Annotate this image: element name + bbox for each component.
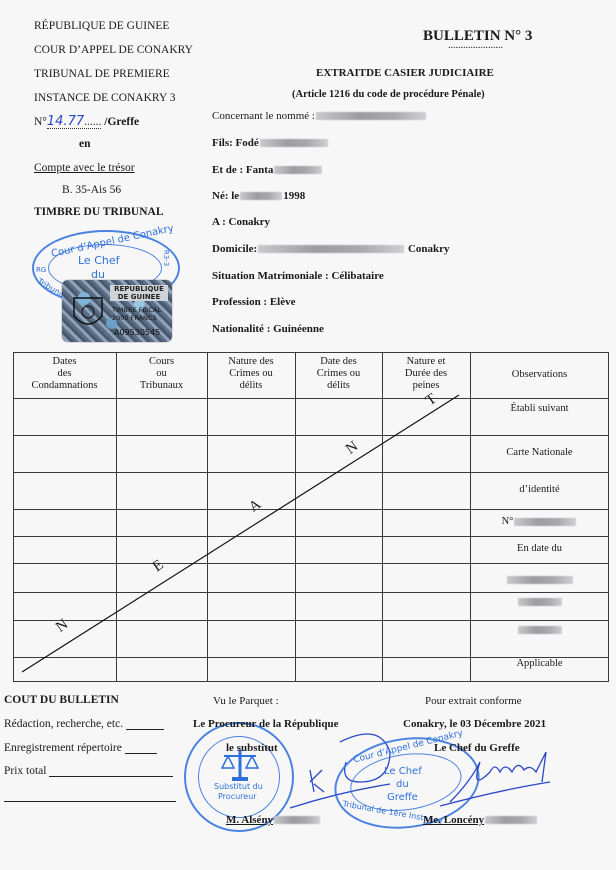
field-domicile: Domicile: Conakry — [212, 243, 450, 255]
redacted-birth-date — [240, 192, 282, 200]
cost-title: COUT DU BULLETIN — [4, 694, 119, 706]
cost-prix-total: Prix total — [4, 765, 173, 777]
neant-strike-line — [13, 352, 609, 682]
redacted-address — [258, 245, 404, 253]
tax-stamp-country: REPUBLIQUEDE GUINEE — [110, 285, 168, 301]
stamp-center-1: Le Chef — [78, 254, 120, 267]
header-instance: INSTANCE DE CONAKRY 3 — [34, 92, 175, 104]
compte-tresor: Compte avec le trésor — [34, 162, 135, 174]
cost-extra-line — [4, 801, 176, 802]
timbre-label: TIMBRE DU TRIBUNAL — [34, 206, 164, 218]
en-label: en — [79, 138, 91, 150]
registry-number: N°14.77...... /Greffe — [34, 114, 139, 129]
tax-stamp-value: 2000 FRANCS — [112, 314, 157, 322]
pour-extrait-conforme: Pour extrait conforme — [425, 695, 522, 707]
vu-parquet: Vu le Parquet : — [213, 695, 279, 707]
greffe-stamp-center-1: Le Chef — [384, 766, 422, 777]
cost-prix-blank — [49, 776, 173, 777]
header-cour-appel: COUR D’APPEL DE CONAKRY — [34, 44, 193, 56]
cost-enregistrement: Enregistrement répertoire — [4, 742, 157, 754]
bulletin-dots: ...................... — [448, 40, 503, 51]
cost-redaction-blank — [126, 729, 164, 730]
field-mere: Et de : Fanta — [212, 164, 323, 176]
field-concernant: Concernant le nommé : — [212, 110, 427, 122]
number-suffix: /Greffe — [104, 116, 139, 128]
header-republique: RÉPUBLIQUE DE GUINEE — [34, 20, 169, 32]
redacted-father-surname — [260, 139, 328, 147]
document-title: EXTRAITDE CASIER JUDICIAIRE — [316, 67, 494, 79]
parquet-stamp-center-1: Substitut du — [214, 782, 263, 791]
field-ne: Né: le1998 — [212, 190, 305, 202]
stamp-right-tag: R3-3 — [162, 250, 170, 266]
tax-stamp: REPUBLIQUEDE GUINEE TIMBRE FISCAL 2000 F… — [62, 280, 172, 342]
greffe-signature — [440, 742, 560, 812]
substitut-label: le substitut — [226, 742, 278, 754]
redacted-name — [316, 112, 426, 120]
tax-stamp-serial: A09530545 — [114, 328, 160, 337]
handwritten-number: 14.77 — [47, 114, 84, 129]
coat-of-arms-icon — [70, 294, 106, 334]
field-situation: Situation Matrimoniale : Célibataire — [212, 270, 384, 282]
field-fils: Fils: Fodé — [212, 137, 329, 149]
document-subtitle: (Article 1216 du code de procédure Pénal… — [292, 89, 485, 100]
cost-enregistrement-blank — [125, 753, 157, 754]
field-nationalite: Nationalité : Guinéenne — [212, 323, 324, 335]
stamp-left-tag: RG — [36, 266, 46, 274]
cost-redaction: Rédaction, recherche, etc. — [4, 718, 164, 730]
header-tribunal: TRIBUNAL DE PREMIERE — [34, 68, 170, 80]
field-profession: Profession : Elève — [212, 296, 296, 308]
redacted-mother-surname — [274, 166, 322, 174]
document-date: Conakry, le 03 Décembre 2021 — [403, 718, 546, 730]
field-lieu: A : Conakry — [212, 216, 270, 228]
greffe-stamp-center-2: du — [396, 779, 409, 790]
number-prefix: N° — [34, 116, 47, 128]
greffe-stamp-center-3: Greffe — [387, 792, 418, 803]
reference-code: B. 35-Ais 56 — [62, 184, 121, 196]
redacted-greffe-surname — [485, 816, 537, 824]
tax-stamp-type: TIMBRE FISCAL — [112, 306, 161, 314]
greffe-signatory: Me. Loncény — [423, 814, 538, 826]
convictions-table: DatesdesCondamnations CoursouTribunaux N… — [13, 352, 609, 682]
parquet-stamp-center-2: Procureur — [218, 792, 257, 801]
